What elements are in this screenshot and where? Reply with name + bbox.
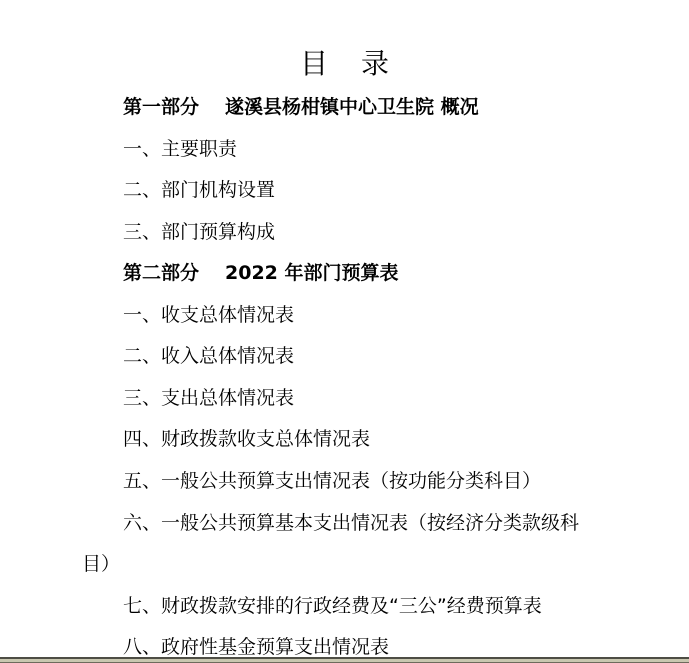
toc-item: 六、一般公共预算基本支出情况表（按经济分类款级科 — [123, 510, 579, 536]
toc-item: 四、财政拨款收支总体情况表 — [123, 426, 370, 452]
toc-item: 二、部门机构设置 — [123, 177, 275, 203]
part1-heading: 第一部分遂溪县杨柑镇中心卫生院 概况 — [123, 94, 479, 120]
toc-item: 三、支出总体情况表 — [123, 385, 294, 411]
part2-label: 第二部分 — [123, 262, 199, 284]
part1-label: 第一部分 — [123, 96, 199, 118]
part2-heading: 第二部分2022 年部门预算表 — [123, 260, 399, 286]
part2-title: 2022 年部门预算表 — [225, 262, 399, 284]
part1-title: 遂溪县杨柑镇中心卫生院 概况 — [225, 96, 479, 118]
toc-item: 七、财政拨款安排的行政经费及“三公”经费预算表 — [123, 593, 542, 619]
toc-item: 一、主要职责 — [123, 136, 237, 162]
document-page: 目 录 第一部分遂溪县杨柑镇中心卫生院 概况 一、主要职责 二、部门机构设置 三… — [0, 0, 689, 657]
page-bottom-border — [0, 657, 689, 663]
toc-item: 一、收支总体情况表 — [123, 302, 294, 328]
toc-item-continuation: 目） — [82, 551, 120, 577]
toc-title: 目 录 — [0, 44, 689, 84]
toc-item: 三、部门预算构成 — [123, 219, 275, 245]
toc-item: 五、一般公共预算支出情况表（按功能分类科目） — [123, 468, 541, 494]
toc-item: 二、收入总体情况表 — [123, 343, 294, 369]
